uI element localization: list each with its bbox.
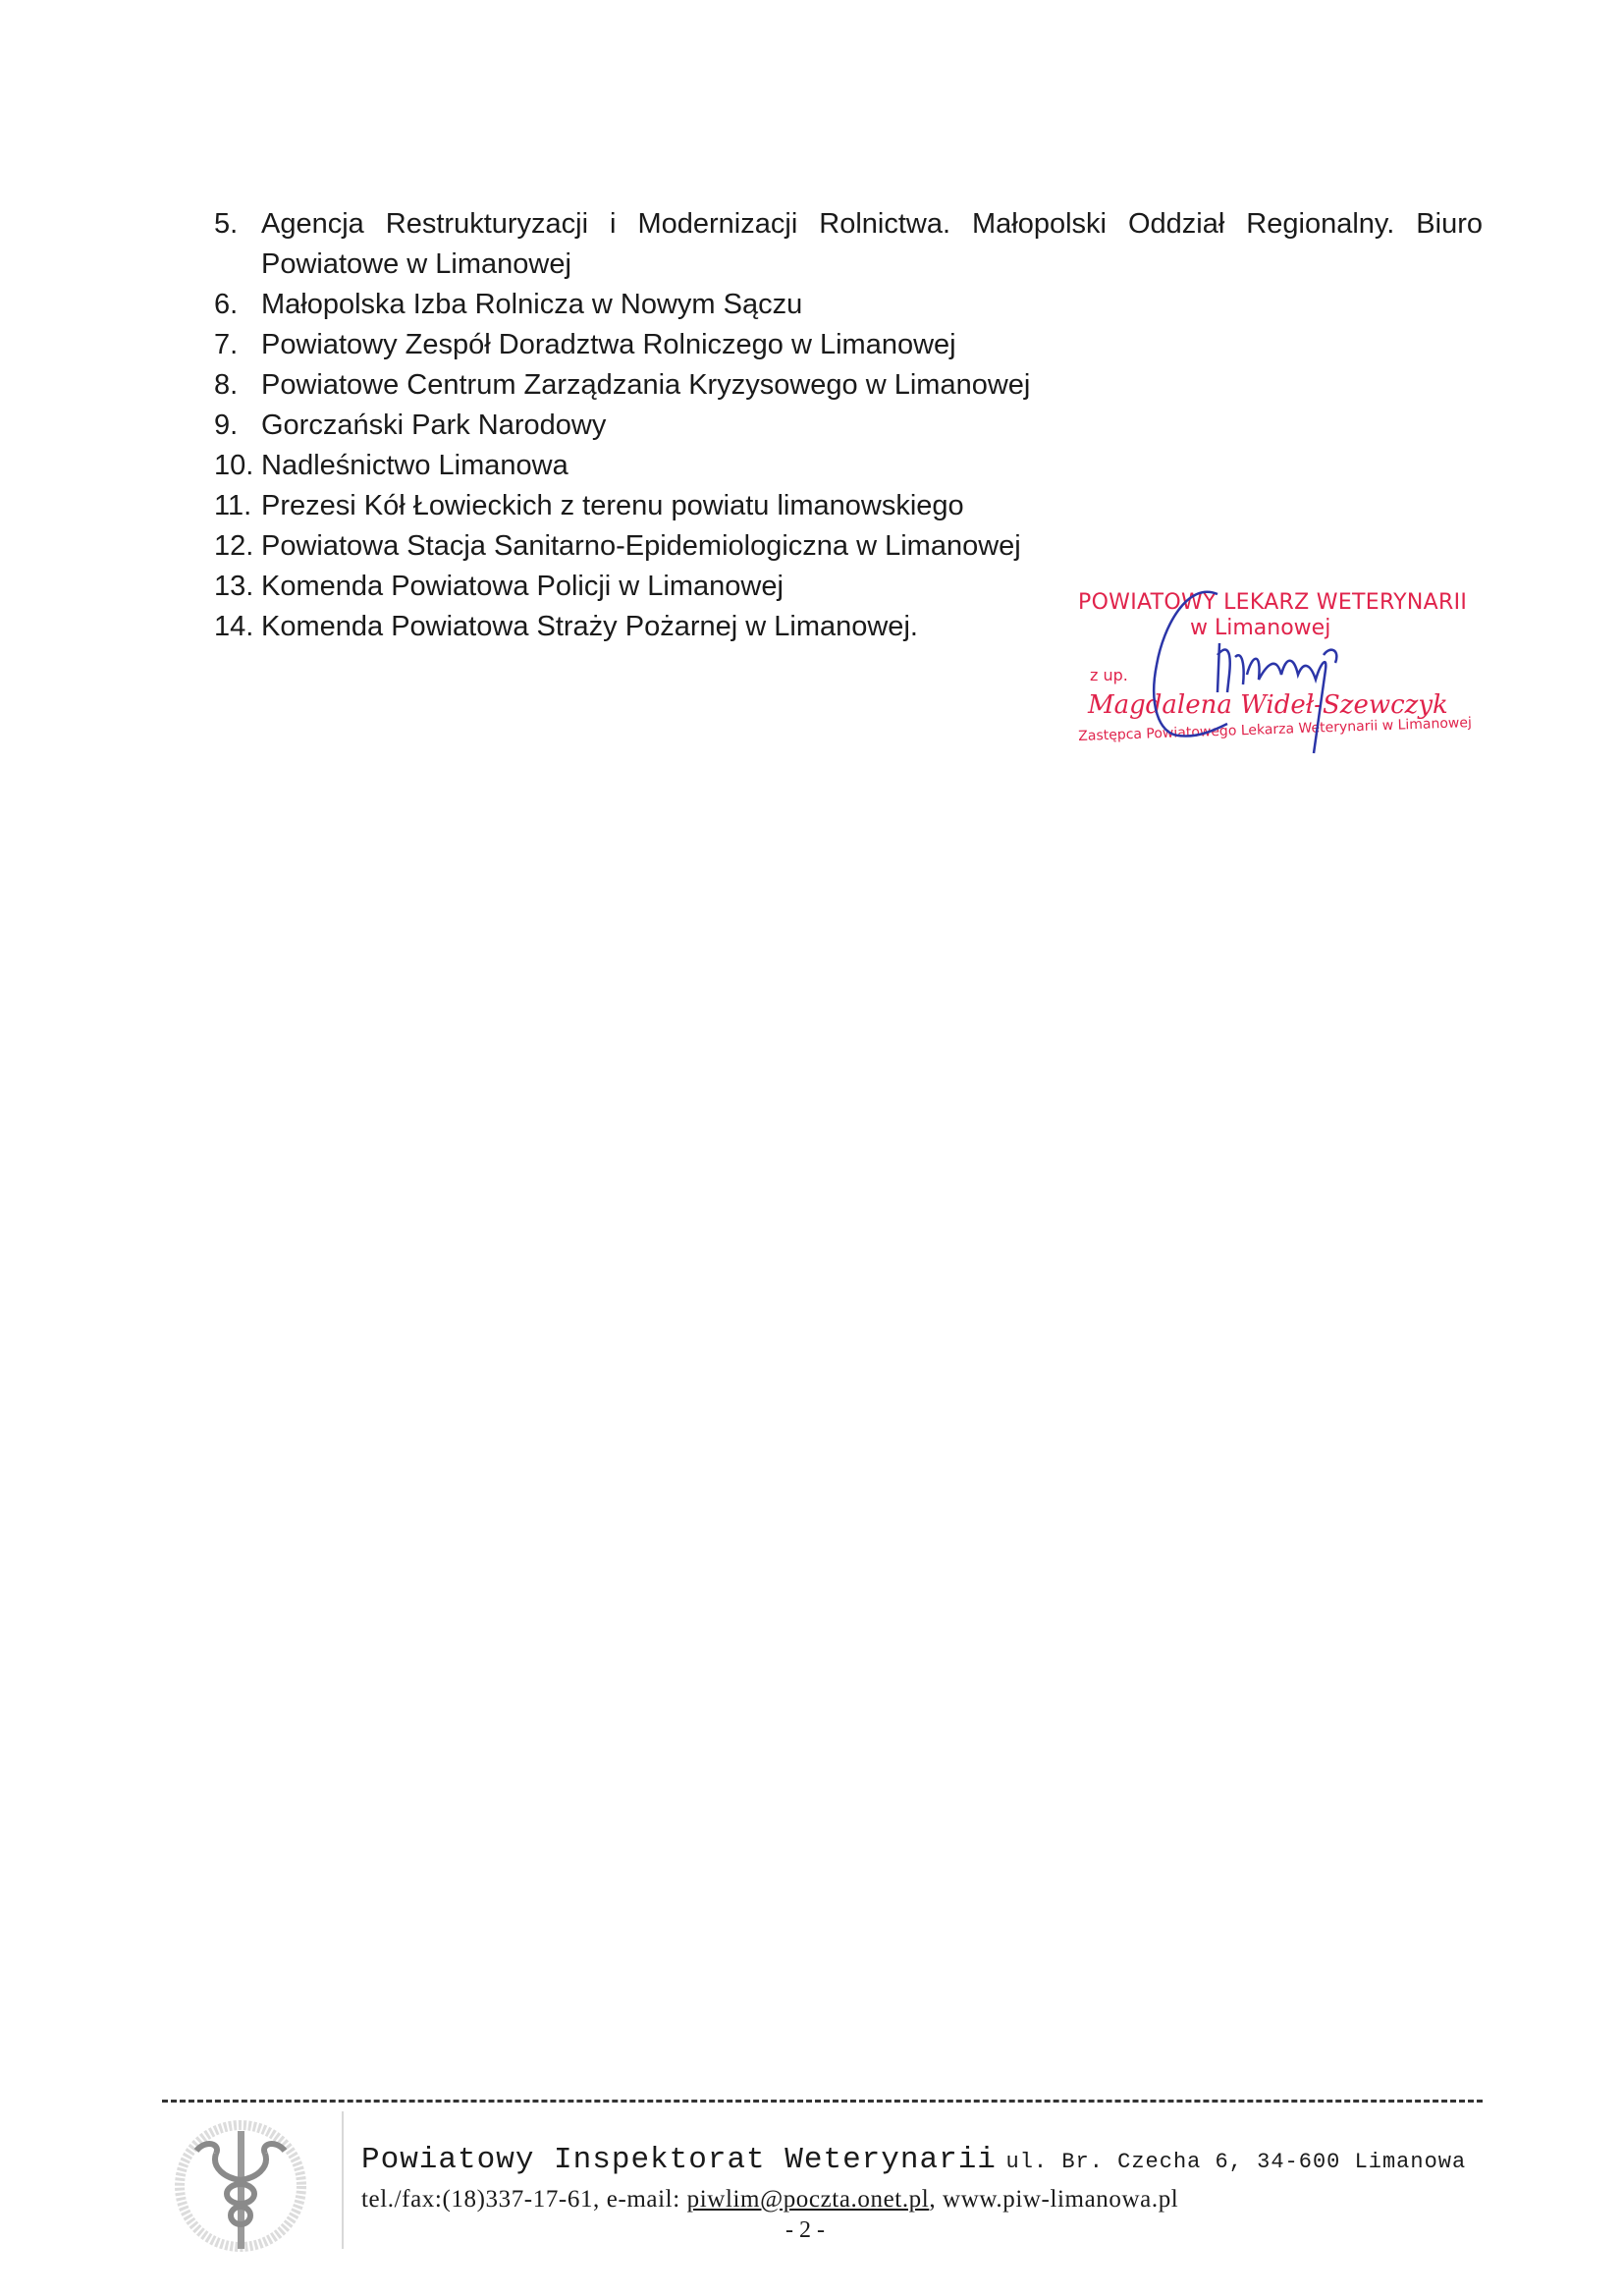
official-stamp: POWIATOWY LEKARZ WETERYNARII w Limanowej… xyxy=(1070,586,1463,763)
list-item: 8.Powiatowe Centrum Zarządzania Kryzysow… xyxy=(214,365,1483,406)
phone: tel./fax:(18)337-17-61, xyxy=(361,2186,600,2213)
list-item: 6.Małopolska Izba Rolnicza w Nowym Sączu xyxy=(214,285,1483,325)
organization-name: Powiatowy Inspektorat Weterynarii xyxy=(361,2143,997,2177)
list-item: 7.Powiatowy Zespół Doradztwa Rolniczego … xyxy=(214,325,1483,365)
list-item: 11.Prezesi Kół Łowieckich z terenu powia… xyxy=(214,486,1483,526)
footer-contact-line: tel./fax:(18)337-17-61, e-mail: piwlim@p… xyxy=(361,2186,1178,2214)
signature-icon xyxy=(1070,586,1463,763)
list-item: 10.Nadleśnictwo Limanowa xyxy=(214,446,1483,486)
list-item: 9.Gorczański Park Narodowy xyxy=(214,406,1483,446)
footer-divider xyxy=(162,2100,1483,2103)
list-item: 5.Agencja Restrukturyzacji i Modernizacj… xyxy=(214,204,1483,285)
page-number: - 2 - xyxy=(785,2217,825,2244)
website-link[interactable]: www.piw-limanowa.pl xyxy=(943,2186,1178,2213)
email-link[interactable]: piwlim@poczta.onet.pl xyxy=(687,2186,930,2213)
recipient-list: 5.Agencja Restrukturyzacji i Modernizacj… xyxy=(214,204,1483,647)
list-item: 12.Powiatowa Stacja Sanitarno-Epidemiolo… xyxy=(214,526,1483,567)
footer-organization-line: Powiatowy Inspektorat Weterynarii ul. Br… xyxy=(361,2143,1466,2177)
email-label: e-mail: xyxy=(607,2186,680,2213)
caduceus-icon xyxy=(167,2119,314,2257)
footer-separator xyxy=(342,2111,344,2249)
organization-address: ul. Br. Czecha 6, 34-600 Limanowa xyxy=(1006,2150,1467,2174)
